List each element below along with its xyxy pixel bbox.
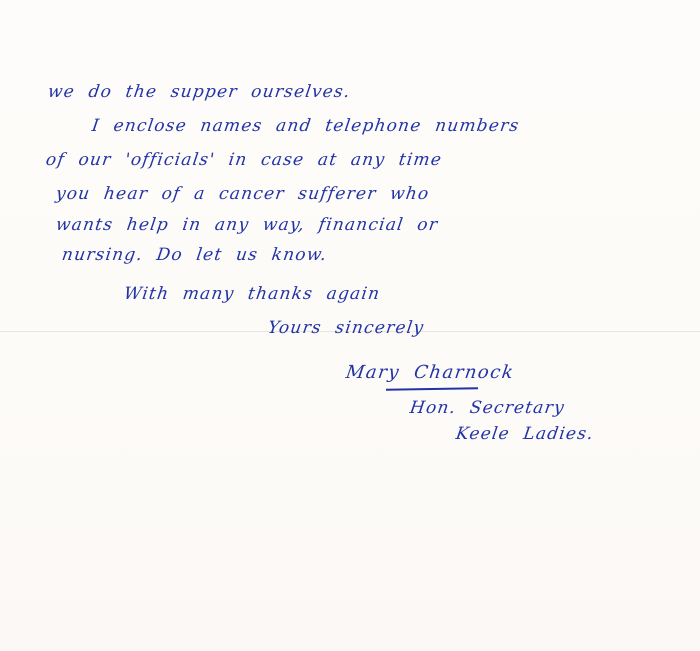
- signer-title: Hon. Secretary: [409, 398, 567, 418]
- letter-line-1: we do the supper ourselves.: [47, 82, 352, 102]
- letter-line-2: I enclose names and telephone numbers: [91, 116, 521, 136]
- letter-page: we do the supper ourselves. I enclose na…: [0, 0, 700, 651]
- letter-line-5: wants help in any way, financial or: [55, 215, 440, 235]
- letter-line-4: you hear of a cancer sufferer who: [55, 184, 431, 204]
- letter-sign-off: Yours sincerely: [267, 318, 426, 338]
- letter-line-3: of our 'officials' in case at any time: [45, 150, 444, 170]
- signer-organization: Keele Ladies.: [455, 424, 596, 444]
- signature: Mary Charnock: [345, 362, 516, 383]
- letter-closing: With many thanks again: [123, 284, 382, 304]
- signature-underline: [386, 387, 478, 390]
- letter-line-6: nursing. Do let us know.: [61, 245, 329, 265]
